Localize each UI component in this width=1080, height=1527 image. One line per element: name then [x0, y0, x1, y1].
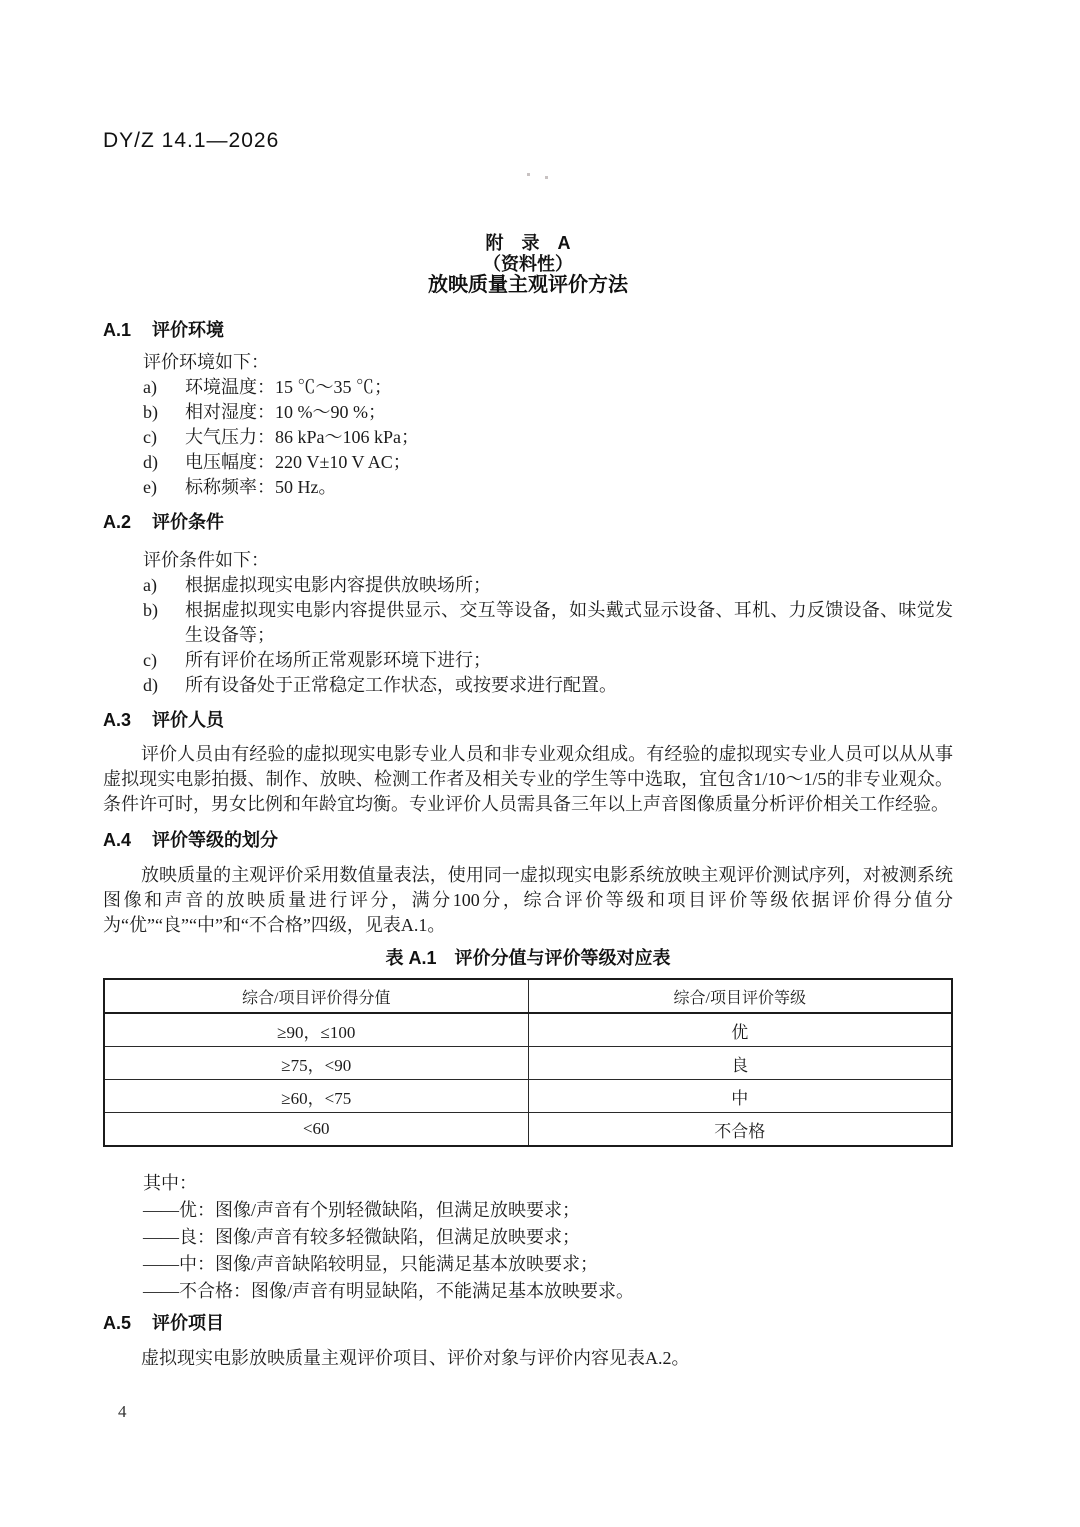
section-a2-intro: 评价条件如下： [143, 548, 953, 573]
list-item-label: d) [143, 673, 185, 698]
list-item: c) 所有评价在场所正常观影环境下进行； [103, 648, 953, 673]
list-item-text: 所有设备处于正常稳定工作状态，或按要求进行配置。 [185, 673, 953, 698]
list-item: e) 标称频率：50 Hz。 [103, 475, 953, 500]
section-a1-list: a) 环境温度：15 ℃～35 ℃； b) 相对湿度：10 %～90 %； c)… [103, 375, 953, 500]
table-row: ≥60，<75 中 [104, 1080, 952, 1113]
section-number: A.3 [103, 708, 152, 732]
appendix-title-block: 附 录 A （资料性） 放映质量主观评价方法 [103, 233, 953, 296]
list-item-label: b) [143, 598, 185, 648]
document-page: DY/Z 14.1—2026 附 录 A （资料性） 放映质量主观评价方法 A.… [0, 0, 1080, 1527]
appendix-title-line3: 放映质量主观评价方法 [103, 275, 953, 296]
list-item-label: d) [143, 450, 185, 475]
section-heading-a2: A.2评价条件 [103, 510, 953, 534]
section-number: A.4 [103, 828, 152, 852]
list-item-text: 大气压力：86 kPa～106 kPa； [185, 425, 953, 450]
section-a2-list: a) 根据虚拟现实电影内容提供放映场所； b) 根据虚拟现实电影内容提供显示、交… [103, 573, 953, 698]
list-item-text: 电压幅度：220 V±10 V AC； [185, 450, 953, 475]
list-item: b) 相对湿度：10 %～90 %； [103, 400, 953, 425]
score-cell: ≥60，<75 [104, 1080, 528, 1113]
table-header-score: 综合/项目评价得分值 [104, 979, 528, 1013]
note-item: ——良：图像/声音有较多轻微缺陷，但满足放映要求； [143, 1224, 953, 1251]
score-cell: <60 [104, 1113, 528, 1147]
section-heading-a5: A.5评价项目 [103, 1311, 953, 1335]
list-item-label: e) [143, 475, 185, 500]
notes-intro: 其中： [143, 1170, 953, 1197]
list-item-text: 环境温度：15 ℃～35 ℃； [185, 375, 953, 400]
section-a1-intro: 评价环境如下： [143, 350, 953, 375]
section-a4-paragraph: 放映质量的主观评价采用数值量表法，使用同一虚拟现实电影系统放映主观评价测试序列，… [103, 863, 953, 938]
list-item-text: 所有评价在场所正常观影环境下进行； [185, 648, 953, 673]
rating-table: 综合/项目评价得分值 综合/项目评价等级 ≥90，≤100 优 ≥75，<90 … [103, 978, 953, 1147]
table-header-row: 综合/项目评价得分值 综合/项目评价等级 [104, 979, 952, 1013]
section-number: A.2 [103, 510, 152, 534]
standard-code: DY/Z 14.1—2026 [103, 129, 953, 153]
list-item-text: 根据虚拟现实电影内容提供显示、交互等设备，如头戴式显示设备、耳机、力反馈设备、味… [185, 598, 953, 648]
note-item: ——不合格：图像/声音有明显缺陷，不能满足基本放映要求。 [143, 1278, 953, 1305]
section-title: 评价环境 [152, 320, 224, 340]
page-number: 4 [118, 1402, 127, 1422]
list-item-label: c) [143, 425, 185, 450]
section-title: 评价等级的划分 [152, 830, 278, 850]
score-cell: ≥75，<90 [104, 1047, 528, 1080]
section-title: 评价人员 [152, 710, 224, 730]
list-item-text: 相对湿度：10 %～90 %； [185, 400, 953, 425]
grade-cell: 优 [528, 1013, 952, 1047]
section-number: A.1 [103, 318, 152, 342]
list-item-text: 根据虚拟现实电影内容提供放映场所； [185, 573, 953, 598]
notes-list: ——优：图像/声音有个别轻微缺陷，但满足放映要求； ——良：图像/声音有较多轻微… [103, 1197, 953, 1305]
note-item: ——中：图像/声音缺陷较明显，只能满足基本放映要求； [143, 1251, 953, 1278]
list-item: a) 根据虚拟现实电影内容提供放映场所； [103, 573, 953, 598]
section-title: 评价条件 [152, 512, 224, 532]
list-item-label: b) [143, 400, 185, 425]
appendix-title-line1: 附 录 A [103, 233, 953, 254]
list-item: d) 所有设备处于正常稳定工作状态，或按要求进行配置。 [103, 673, 953, 698]
section-heading-a4: A.4评价等级的划分 [103, 828, 953, 852]
list-item: c) 大气压力：86 kPa～106 kPa； [103, 425, 953, 450]
list-item-text: 标称频率：50 Hz。 [185, 475, 953, 500]
list-item: b) 根据虚拟现实电影内容提供显示、交互等设备，如头戴式显示设备、耳机、力反馈设… [103, 598, 953, 648]
table-header-grade: 综合/项目评价等级 [528, 979, 952, 1013]
table-row: ≥90，≤100 优 [104, 1013, 952, 1047]
section-number: A.5 [103, 1311, 152, 1335]
list-item-label: a) [143, 375, 185, 400]
table-row: ≥75，<90 良 [104, 1047, 952, 1080]
section-heading-a1: A.1评价环境 [103, 318, 953, 342]
grade-cell: 中 [528, 1080, 952, 1113]
note-item: ——优：图像/声音有个别轻微缺陷，但满足放映要求； [143, 1197, 953, 1224]
score-cell: ≥90，≤100 [104, 1013, 528, 1047]
grade-cell: 不合格 [528, 1113, 952, 1147]
appendix-title-line2: （资料性） [103, 254, 953, 275]
grade-cell: 良 [528, 1047, 952, 1080]
list-item: d) 电压幅度：220 V±10 V AC； [103, 450, 953, 475]
section-heading-a3: A.3评价人员 [103, 708, 953, 732]
section-a5-paragraph: 虚拟现实电影放映质量主观评价项目、评价对象与评价内容见表A.2。 [103, 1346, 953, 1371]
table-row: <60 不合格 [104, 1113, 952, 1147]
list-item: a) 环境温度：15 ℃～35 ℃； [103, 375, 953, 400]
page-content: DY/Z 14.1—2026 附 录 A （资料性） 放映质量主观评价方法 A.… [103, 0, 953, 1371]
table-caption: 表 A.1 评价分值与评价等级对应表 [103, 946, 953, 970]
section-a3-paragraph: 评价人员由有经验的虚拟现实电影专业人员和非专业观众组成。有经验的虚拟现实专业人员… [103, 742, 953, 817]
list-item-label: c) [143, 648, 185, 673]
section-title: 评价项目 [152, 1313, 224, 1333]
list-item-label: a) [143, 573, 185, 598]
